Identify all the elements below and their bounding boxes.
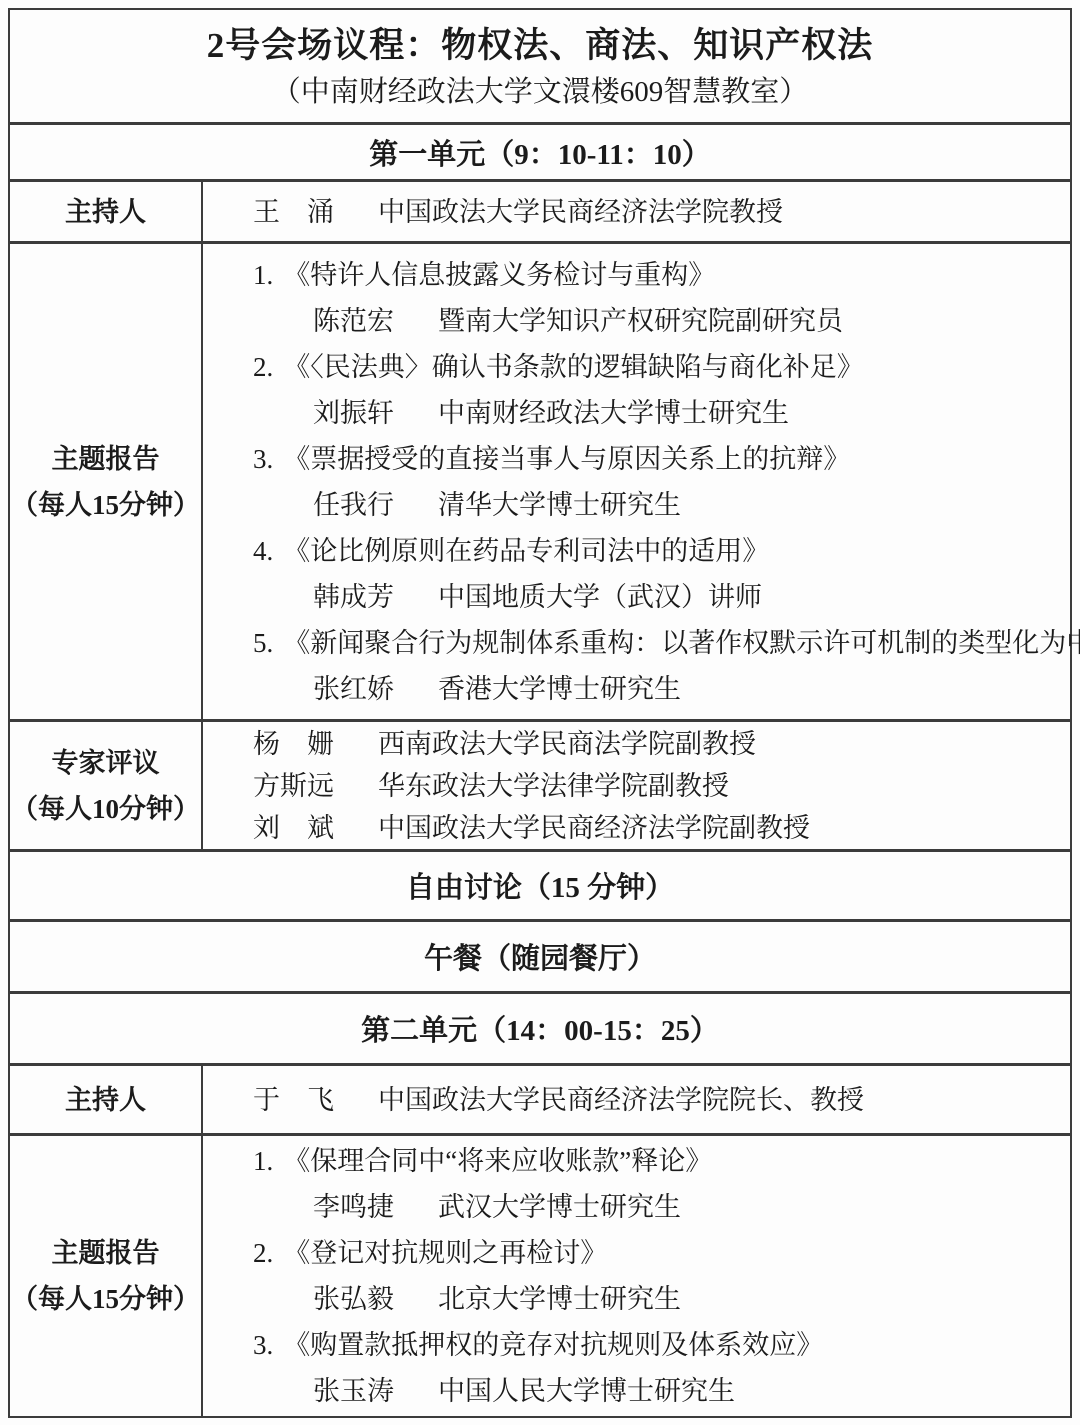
agenda-page: 2号会场议程：物权法、商法、知识产权法 （中南财经政法大学文澴楼609智慧教室）… bbox=[0, 0, 1080, 1425]
page-subtitle: （中南财经政法大学文澴楼609智慧教室） bbox=[272, 69, 809, 110]
host-affiliation: 中国政法大学民商经济法学院院长、教授 bbox=[378, 1085, 864, 1115]
session2-reports-label: 主题报告 （每人15分钟） bbox=[10, 1136, 203, 1416]
session1-header-row: 第一单元（9：10-11：10） bbox=[10, 125, 1070, 182]
report-title: 《新闻聚合行为规制体系重构：以著作权默示许可机制的类型化为中心》 bbox=[283, 628, 1080, 658]
session1-reports-cell: 1.《特许人信息披露义务检讨与重构》 陈范宏暨南大学知识产权研究院副研究员 2.… bbox=[203, 244, 1070, 719]
session2-reports-cell: 1.《保理合同中“将来应收账款”释论》 李鸣捷武汉大学博士研究生 2.《登记对抗… bbox=[203, 1136, 1070, 1416]
report-number: 1. bbox=[253, 252, 273, 298]
speaker-name: 刘振轩 bbox=[313, 390, 394, 436]
speaker-name: 张弘毅 bbox=[313, 1276, 394, 1322]
report-item-title: 1.《保理合同中“将来应收账款”释论》 bbox=[253, 1138, 1070, 1184]
report-number: 3. bbox=[253, 436, 273, 482]
report-number: 3. bbox=[253, 1322, 273, 1368]
report-title: 《特许人信息披露义务检讨与重构》 bbox=[283, 260, 715, 290]
host-affiliation: 中国政法大学民商经济法学院教授 bbox=[378, 197, 783, 227]
speaker-affiliation: 清华大学博士研究生 bbox=[438, 490, 681, 520]
report-number: 1. bbox=[253, 1138, 273, 1184]
lunch-text: 午餐（随园餐厅） bbox=[10, 922, 1070, 991]
report-title: 《登记对抗规则之再检讨》 bbox=[283, 1238, 607, 1268]
lunch-row: 午餐（随园餐厅） bbox=[10, 922, 1070, 994]
report-title: 《票据授受的直接当事人与原因关系上的抗辩》 bbox=[283, 444, 850, 474]
report-title: 《〈民法典〉确认书条款的逻辑缺陷与商化补足》 bbox=[283, 352, 864, 382]
reports-label-text: 主题报告 bbox=[52, 1230, 160, 1276]
reviewer-line: 方斯远华东政法大学法律学院副教授 bbox=[253, 765, 1070, 807]
speaker-affiliation: 武汉大学博士研究生 bbox=[438, 1192, 681, 1222]
reviewer-line: 杨 姗西南政法大学民商法学院副教授 bbox=[253, 723, 1070, 765]
speaker-name: 任我行 bbox=[313, 482, 394, 528]
session2-host-cell: 于 飞中国政法大学民商经济法学院院长、教授 bbox=[203, 1066, 1070, 1133]
report-author: 张玉涛中国人民大学博士研究生 bbox=[313, 1368, 1070, 1414]
session1-review-label: 专家评议 （每人10分钟） bbox=[10, 722, 203, 849]
report-item-title: 1.《特许人信息披露义务检讨与重构》 bbox=[253, 252, 1070, 298]
session2-host-label: 主持人 bbox=[10, 1066, 203, 1133]
session1-reports-label: 主题报告 （每人15分钟） bbox=[10, 244, 203, 719]
free-discussion-text: 自由讨论（15 分钟） bbox=[10, 852, 1070, 919]
report-item-title: 2.《登记对抗规则之再检讨》 bbox=[253, 1230, 1070, 1276]
session2-header: 第二单元（14：00-15：25） bbox=[10, 994, 1070, 1063]
reviewer-name: 刘 斌 bbox=[253, 807, 334, 849]
reports-label-text: 主题报告 bbox=[52, 436, 160, 482]
report-title: 《购置款抵押权的竞存对抗规则及体系效应》 bbox=[283, 1330, 823, 1360]
report-number: 2. bbox=[253, 1230, 273, 1276]
report-author: 刘振轩中南财经政法大学博士研究生 bbox=[313, 390, 1070, 436]
report-item-title: 4.《论比例原则在药品专利司法中的适用》 bbox=[253, 528, 1070, 574]
speaker-name: 陈范宏 bbox=[313, 298, 394, 344]
session2-header-row: 第二单元（14：00-15：25） bbox=[10, 994, 1070, 1066]
review-label-note: （每人10分钟） bbox=[11, 786, 200, 832]
speaker-affiliation: 中南财经政法大学博士研究生 bbox=[438, 398, 789, 428]
speaker-affiliation: 北京大学博士研究生 bbox=[438, 1284, 681, 1314]
report-item-title: 5.《新闻聚合行为规制体系重构：以著作权默示许可机制的类型化为中心》 bbox=[253, 620, 1070, 666]
report-author: 韩成芳中国地质大学（武汉）讲师 bbox=[313, 574, 1070, 620]
session2-reports-row: 主题报告 （每人15分钟） 1.《保理合同中“将来应收账款”释论》 李鸣捷武汉大… bbox=[10, 1136, 1070, 1416]
host-name: 王 涌 bbox=[253, 189, 334, 235]
report-title: 《论比例原则在药品专利司法中的适用》 bbox=[283, 536, 769, 566]
session1-host-row: 主持人 王 涌中国政法大学民商经济法学院教授 bbox=[10, 182, 1070, 244]
report-number: 5. bbox=[253, 620, 273, 666]
speaker-name: 张红娇 bbox=[313, 666, 394, 712]
reviewer-line: 刘 斌中国政法大学民商经济法学院副教授 bbox=[253, 807, 1070, 849]
page-title: 2号会场议程：物权法、商法、知识产权法 bbox=[207, 18, 874, 68]
reports-label-note: （每人15分钟） bbox=[11, 482, 200, 528]
report-author: 李鸣捷武汉大学博士研究生 bbox=[313, 1184, 1070, 1230]
session1-review-cell: 杨 姗西南政法大学民商法学院副教授 方斯远华东政法大学法律学院副教授 刘 斌中国… bbox=[203, 722, 1070, 849]
free-discussion-row: 自由讨论（15 分钟） bbox=[10, 852, 1070, 922]
session1-header: 第一单元（9：10-11：10） bbox=[10, 125, 1070, 179]
session1-reports-row: 主题报告 （每人15分钟） 1.《特许人信息披露义务检讨与重构》 陈范宏暨南大学… bbox=[10, 244, 1070, 722]
report-author: 张弘毅北京大学博士研究生 bbox=[313, 1276, 1070, 1322]
title-row: 2号会场议程：物权法、商法、知识产权法 （中南财经政法大学文澴楼609智慧教室） bbox=[10, 10, 1070, 125]
review-label-text: 专家评议 bbox=[52, 740, 160, 786]
speaker-affiliation: 香港大学博士研究生 bbox=[438, 674, 681, 704]
host-line: 于 飞中国政法大学民商经济法学院院长、教授 bbox=[253, 1077, 1070, 1123]
speaker-name: 李鸣捷 bbox=[313, 1184, 394, 1230]
reviewer-name: 杨 姗 bbox=[253, 723, 334, 765]
report-author: 陈范宏暨南大学知识产权研究院副研究员 bbox=[313, 298, 1070, 344]
reports-label-note: （每人15分钟） bbox=[11, 1276, 200, 1322]
session1-review-row: 专家评议 （每人10分钟） 杨 姗西南政法大学民商法学院副教授 方斯远华东政法大… bbox=[10, 722, 1070, 852]
report-item-title: 3.《票据授受的直接当事人与原因关系上的抗辩》 bbox=[253, 436, 1070, 482]
speaker-affiliation: 中国人民大学博士研究生 bbox=[438, 1376, 735, 1406]
report-item-title: 3.《购置款抵押权的竞存对抗规则及体系效应》 bbox=[253, 1322, 1070, 1368]
report-item-title: 2.《〈民法典〉确认书条款的逻辑缺陷与商化补足》 bbox=[253, 344, 1070, 390]
report-title: 《保理合同中“将来应收账款”释论》 bbox=[283, 1146, 712, 1176]
reviewer-affiliation: 中国政法大学民商经济法学院副教授 bbox=[378, 813, 810, 843]
speaker-affiliation: 中国地质大学（武汉）讲师 bbox=[438, 582, 762, 612]
report-number: 2. bbox=[253, 344, 273, 390]
report-author: 张红娇香港大学博士研究生 bbox=[313, 666, 1070, 712]
session2-host-row: 主持人 于 飞中国政法大学民商经济法学院院长、教授 bbox=[10, 1066, 1070, 1136]
title-block: 2号会场议程：物权法、商法、知识产权法 （中南财经政法大学文澴楼609智慧教室） bbox=[10, 10, 1070, 122]
reviewer-affiliation: 华东政法大学法律学院副教授 bbox=[378, 771, 729, 801]
reviewer-affiliation: 西南政法大学民商法学院副教授 bbox=[378, 729, 756, 759]
session1-host-label: 主持人 bbox=[10, 182, 203, 241]
speaker-affiliation: 暨南大学知识产权研究院副研究员 bbox=[438, 306, 843, 336]
session1-host-cell: 王 涌中国政法大学民商经济法学院教授 bbox=[203, 182, 1070, 241]
speaker-name: 张玉涛 bbox=[313, 1368, 394, 1414]
reviewer-name: 方斯远 bbox=[253, 765, 334, 807]
agenda-table: 2号会场议程：物权法、商法、知识产权法 （中南财经政法大学文澴楼609智慧教室）… bbox=[8, 8, 1072, 1418]
speaker-name: 韩成芳 bbox=[313, 574, 394, 620]
host-name: 于 飞 bbox=[253, 1077, 334, 1123]
report-number: 4. bbox=[253, 528, 273, 574]
host-line: 王 涌中国政法大学民商经济法学院教授 bbox=[253, 189, 1070, 235]
report-author: 任我行清华大学博士研究生 bbox=[313, 482, 1070, 528]
